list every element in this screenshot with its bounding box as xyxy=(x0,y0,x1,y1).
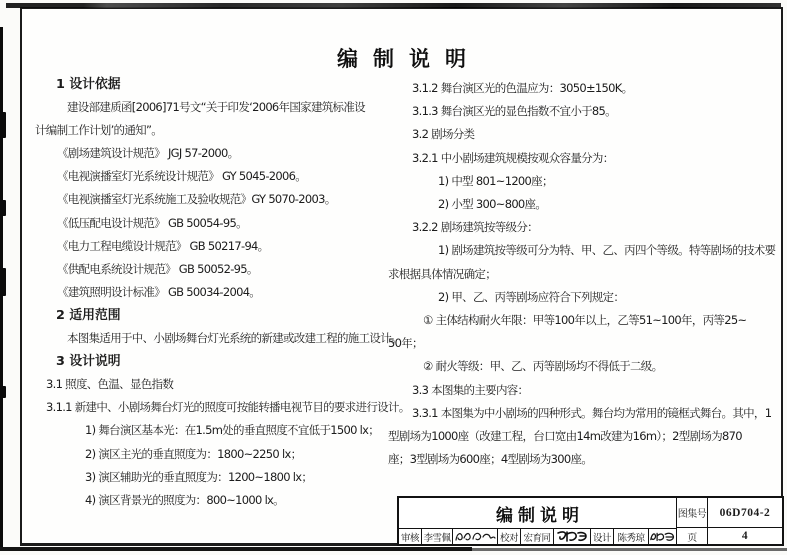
text-line: 2 适用范围 xyxy=(35,304,389,327)
scanned-document-page: 编制说明 1 设计依据 建设部建质函[2006]71号文“关于印发‘2006年国… xyxy=(0,0,787,555)
approval-role: 设计 xyxy=(591,529,614,544)
text-line: 2) 甲、乙、丙等剧场应符合下列规定： xyxy=(388,286,784,309)
text-line: 3.3.1 本图集为中小剧场的四种形式。舞台均为常用的镜框式舞台。其中，1 xyxy=(388,402,784,425)
page-title: 编制说明 xyxy=(20,43,783,73)
text-line: 《剧场建筑设计规范》 JGJ 57-2000。 xyxy=(35,142,389,165)
signature-scribble-icon xyxy=(554,529,591,544)
text-line: 计编制工作计划’的通知”。 xyxy=(35,119,389,142)
signature-scribble-icon xyxy=(453,529,498,544)
left-column: 1 设计依据 建设部建质函[2006]71号文“关于印发‘2006年国家建筑标准… xyxy=(35,73,389,512)
text-line: 《建筑照明设计标准》 GB 50034-2004。 xyxy=(35,281,389,304)
scan-artifact-blob xyxy=(0,112,6,138)
title-block-right: 图集号 06D704-2 页 4 xyxy=(677,498,782,544)
text-line: 3.1.1 新建中、小剧场舞台灯光的照度可按能转播电视节目的要求进行设计。 xyxy=(35,396,389,419)
text-line: 3.2.2 剧场建筑按等级分： xyxy=(388,216,784,239)
text-line: 座；3型剧场为600座；4型剧场为300座。 xyxy=(388,448,784,471)
text-line: 3) 演区辅助光的垂直照度为：1200~1800 lx； xyxy=(35,466,389,489)
text-line: 《供配电系统设计规范》 GB 50052-95。 xyxy=(35,258,389,281)
text-line: 2) 演区主光的垂直照度为：1800~2250 lx； xyxy=(35,443,389,466)
text-line: 《电力工程电缆设计规范》 GB 50217-94。 xyxy=(35,235,389,258)
text-line: 建设部建质函[2006]71号文“关于印发‘2006年国家建筑标准设 xyxy=(35,96,389,119)
scan-artifact-blob xyxy=(0,200,6,216)
scan-artifact-bottom-edge xyxy=(472,548,787,551)
title-block: 编制说明 审核 李雪佩 校对 宏育同 设计 陈秀琼 xyxy=(397,496,784,546)
text-line: 《电视演播室灯光系统施工及验收规范》GY 5070-2003。 xyxy=(35,188,389,211)
text-line: 1 设计依据 xyxy=(35,73,389,96)
text-line: 型剧场为1000座（改建工程，台口宽由14m改建为16m）；2型剧场为870 xyxy=(388,425,784,448)
scan-artifact-blob xyxy=(0,386,6,398)
approval-role: 校对 xyxy=(498,529,521,544)
title-block-left: 编制说明 审核 李雪佩 校对 宏育同 设计 陈秀琼 xyxy=(399,498,677,544)
text-line: 本图集适用于中、小剧场舞台灯光系统的新建或改建工程的施工设计。 xyxy=(35,327,389,350)
text-line: 3.2.1 中小剧场建筑规模按观众容量分为： xyxy=(388,147,784,170)
text-line: 3.3 本图集的主要内容： xyxy=(388,379,784,402)
approval-role: 审核 xyxy=(399,529,422,544)
text-line: 4) 演区背景光的照度为：800~1000 lx。 xyxy=(35,489,389,512)
signature-scribble-icon xyxy=(649,529,676,544)
text-line: 3 设计说明 xyxy=(35,350,389,373)
text-line: ① 主体结构耐火年限：甲等100年以上，乙等51~100年，丙等25~ xyxy=(388,309,784,332)
atlas-number: 06D704-2 xyxy=(708,498,782,528)
right-column: 3.1.2 舞台演区光的色温应为：3050±150K。 3.1.3 舞台演区光的… xyxy=(388,77,784,471)
text-line: 3.1.3 舞台演区光的显色指数不宜小于85。 xyxy=(388,100,784,123)
text-line: 3.1 照度、色温、显色指数 xyxy=(35,373,389,396)
text-line: 2) 小型 300~800座。 xyxy=(388,193,784,216)
text-line: ② 耐火等级：甲、乙、丙等剧场均不得低于二级。 xyxy=(388,355,784,378)
scan-artifact-blob xyxy=(0,268,6,296)
text-line: 3.1.2 舞台演区光的色温应为：3050±150K。 xyxy=(388,77,784,100)
scan-artifact-top-edge xyxy=(6,3,781,8)
text-line: 1) 中型 801~1200座； xyxy=(388,170,784,193)
text-line: 《电视演播室灯光系统设计规范》 GY 5045-2006。 xyxy=(35,165,389,188)
text-line: 《低压配电设计规范》 GB 50054-95。 xyxy=(35,212,389,235)
text-line: 50年； xyxy=(388,332,784,355)
text-line: 求根据具体情况确定； xyxy=(388,263,784,286)
scan-artifact-bottom-edge xyxy=(0,547,472,551)
text-line: 3.2 剧场分类 xyxy=(388,123,784,146)
page-number: 4 xyxy=(708,528,782,544)
text-line: 1) 剧场建筑按等级可分为特、甲、乙、丙四个等级。特等剧场的技术要 xyxy=(388,239,784,262)
approval-row: 审核 李雪佩 校对 宏育同 设计 陈秀琼 xyxy=(399,529,676,544)
approval-name: 李雪佩 xyxy=(422,529,453,544)
title-block-title: 编制说明 xyxy=(399,498,676,529)
atlas-number-label: 图集号 xyxy=(677,498,708,528)
approval-name: 宏育同 xyxy=(521,529,554,544)
page-number-label: 页 xyxy=(677,528,708,544)
approval-name: 陈秀琼 xyxy=(614,529,649,544)
text-line: 1) 舞台演区基本光：在1.5m处的垂直照度不宜低于1500 lx； xyxy=(35,419,389,442)
